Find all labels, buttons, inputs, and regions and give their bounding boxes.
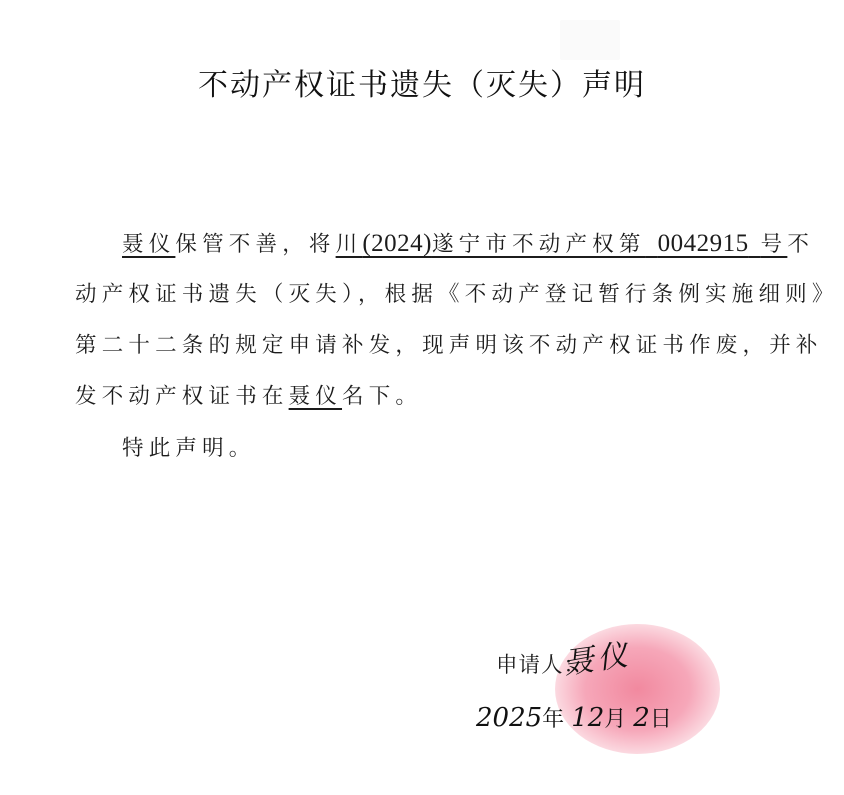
date-day: 2 bbox=[633, 703, 650, 733]
cert-prefix: 川 bbox=[336, 232, 363, 257]
year-label: 年 bbox=[542, 707, 564, 732]
day-label: 日 bbox=[650, 707, 672, 732]
signature-date: 2025年 12月 2日 bbox=[476, 702, 672, 733]
scan-artifact bbox=[560, 20, 620, 60]
body-line-3: 第二十二条的规定申请补发，现声明该不动产权证书作废，并补 bbox=[75, 331, 775, 361]
date-month: 12 bbox=[571, 703, 604, 733]
body-text: 发不动产权证书在 bbox=[75, 384, 289, 409]
date-year: 2025 bbox=[476, 703, 542, 733]
month-label: 月 bbox=[604, 707, 626, 732]
owner-name: 聂仪 bbox=[122, 232, 175, 257]
body-text: 保管不善，将 bbox=[175, 232, 335, 257]
declaration-document: 不动产权证书遗失（灭失）声明 聂仪保管不善，将川(2024)遂宁市不动产权第 0… bbox=[0, 0, 844, 795]
cert-year: (2024) bbox=[362, 230, 432, 257]
owner-name: 聂仪 bbox=[289, 384, 342, 409]
body-line-2: 动产权证书遗失（灭失），根据《不动产登记暂行条例实施细则》 bbox=[75, 280, 775, 310]
body-line-1: 聂仪保管不善，将川(2024)遂宁市不动产权第 0042915 号不 bbox=[122, 229, 822, 260]
cert-suffix: 号 bbox=[761, 232, 788, 257]
body-text: 不 bbox=[787, 232, 814, 257]
certificate-number: 川(2024)遂宁市不动产权第 0042915 号 bbox=[336, 232, 788, 257]
body-line-4: 发不动产权证书在聂仪名下。 bbox=[75, 382, 775, 412]
cert-mid: 遂宁市不动产权第 bbox=[432, 232, 646, 257]
handwritten-signature: 聂仪 bbox=[560, 629, 633, 682]
closing-statement: 特此声明。 bbox=[122, 434, 822, 464]
body-text: 名下。 bbox=[342, 384, 422, 409]
cert-number: 0042915 bbox=[658, 230, 749, 257]
document-title: 不动产权证书遗失（灭失）声明 bbox=[0, 60, 844, 104]
